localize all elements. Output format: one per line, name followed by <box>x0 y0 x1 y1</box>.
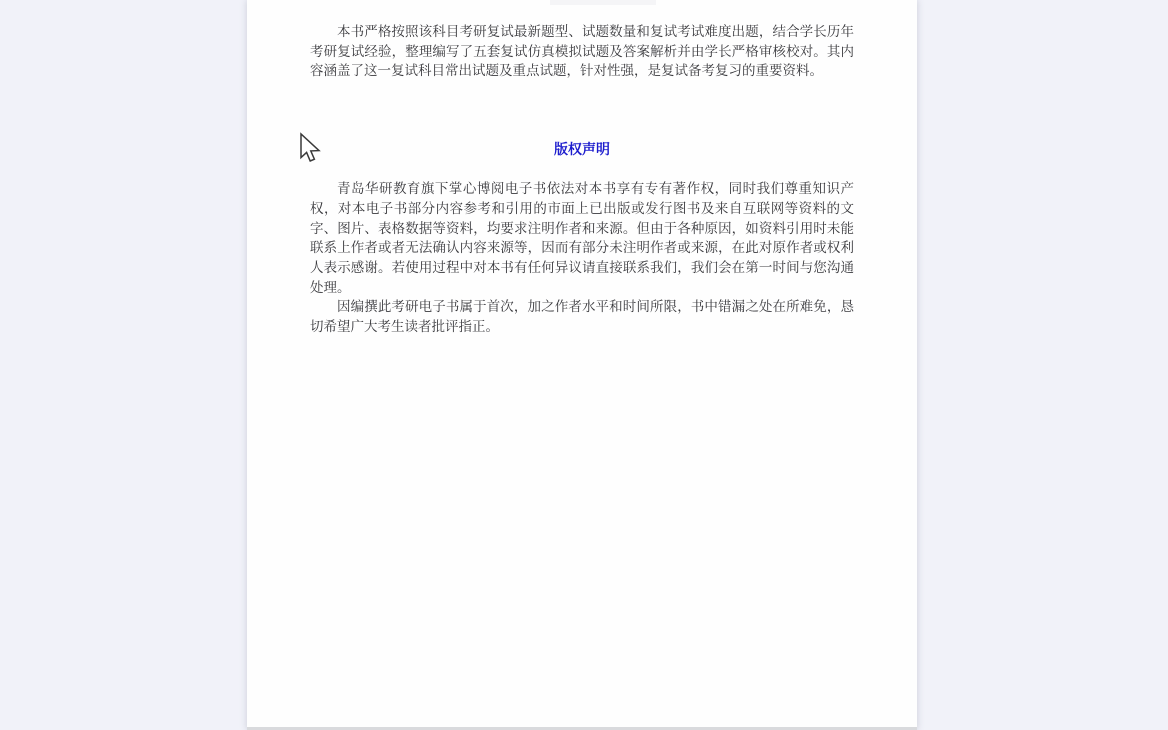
copyright-paragraph-1: 青岛华研教育旗下掌心博阅电子书依法对本书享有专有著作权，同时我们尊重知识产权，对… <box>310 179 854 297</box>
copyright-paragraph-2: 因编撰此考研电子书属于首次，加之作者水平和时间所限，书中错漏之处在所难免，恳切希… <box>310 297 854 336</box>
document-page: 本书严格按照该科目考研复试最新题型、试题数量和复试考试难度出题，结合学长历年考研… <box>247 0 917 730</box>
copyright-heading: 版权声明 <box>310 139 854 159</box>
cutoff-heading-fragment <box>550 0 656 5</box>
page-content: 本书严格按照该科目考研复试最新题型、试题数量和复试考试难度出题，结合学长历年考研… <box>247 0 917 730</box>
document-viewer: 本书严格按照该科目考研复试最新题型、试题数量和复试考试难度出题，结合学长历年考研… <box>0 0 1168 730</box>
intro-paragraph: 本书严格按照该科目考研复试最新题型、试题数量和复试考试难度出题，结合学长历年考研… <box>310 0 854 81</box>
